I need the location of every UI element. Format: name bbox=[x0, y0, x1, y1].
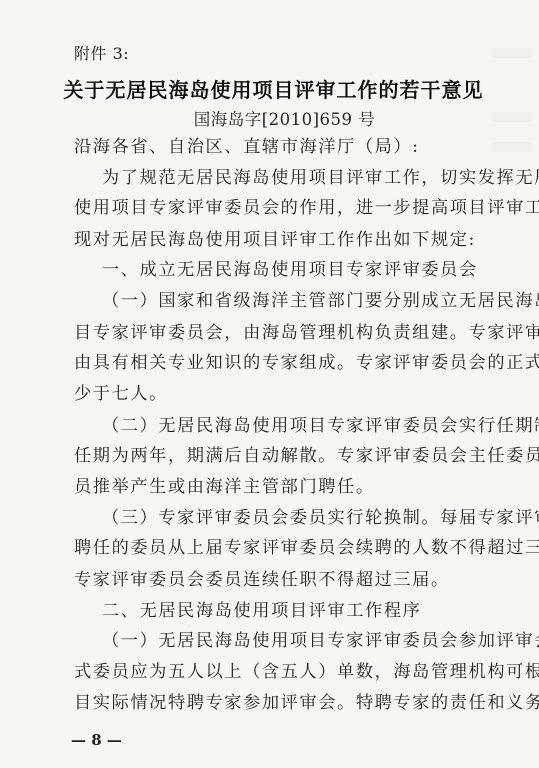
body-line: （三）专家评审委员会委员实行轮换制。每届专家评审委员会 bbox=[102, 508, 494, 528]
bleed-through-mark bbox=[492, 142, 532, 152]
body-line: （一）国家和省级海洋主管部门要分别成立无居民海岛使用项 bbox=[102, 291, 494, 311]
addressee: 沿海各省、自治区、直辖市海洋厅（局）: bbox=[74, 137, 494, 157]
body-line: 式委员应为五人以上（含五人）单数，海岛管理机构可根据用岛项 bbox=[74, 662, 494, 682]
section-heading: 一、成立无居民海岛使用项目专家评审委员会 bbox=[102, 260, 494, 280]
page-number: — 8 — bbox=[71, 731, 122, 749]
body-line: 现对无居民海岛使用项目评审工作作出如下规定: bbox=[74, 230, 494, 250]
body-line: 专家评审委员会委员连续任职不得超过三届。 bbox=[74, 570, 494, 590]
body-line: 任期为两年，期满后自动解散。专家评审委员会主任委员由全体委 bbox=[74, 446, 494, 466]
attachment-label: 附件 3: bbox=[74, 44, 494, 64]
body-line: 使用项目专家评审委员会的作用，进一步提高项目评审工作的质量， bbox=[74, 198, 494, 218]
document-page: 附件 3: 关于无居民海岛使用项目评审工作的若干意见 国海岛字[2010]659… bbox=[0, 0, 539, 768]
body-line: 目专家评审委员会，由海岛管理机构负责组建。专家评审委员会要 bbox=[74, 323, 494, 343]
bleed-through-mark bbox=[492, 48, 532, 58]
body-line: 目实际情况特聘专家参加评审会。特聘专家的责任和义务与专家评 bbox=[74, 693, 494, 713]
body-line: 由具有相关专业知识的专家组成。专家评审委员会的正式委员应不 bbox=[74, 353, 494, 373]
body-line: 员推举产生或由海洋主管部门聘任。 bbox=[74, 477, 494, 497]
body-line: 少于七人。 bbox=[74, 384, 494, 404]
body-line: 聘任的委员从上届专家评审委员会续聘的人数不得超过三分之二。 bbox=[74, 538, 494, 558]
section-heading: 二、无居民海岛使用项目评审工作程序 bbox=[102, 601, 494, 621]
document-number: 国海岛字[2010]659 号 bbox=[0, 106, 539, 130]
body-line: （二）无居民海岛使用项目专家评审委员会实行任期制。每届 bbox=[102, 416, 494, 436]
document-title: 关于无居民海岛使用项目评审工作的若干意见 bbox=[0, 74, 539, 103]
body-line: （一）无居民海岛使用项目专家评审委员会参加评审会议的正 bbox=[102, 631, 494, 651]
body-line: 为了规范无居民海岛使用项目评审工作，切实发挥无居民海岛 bbox=[102, 168, 494, 188]
